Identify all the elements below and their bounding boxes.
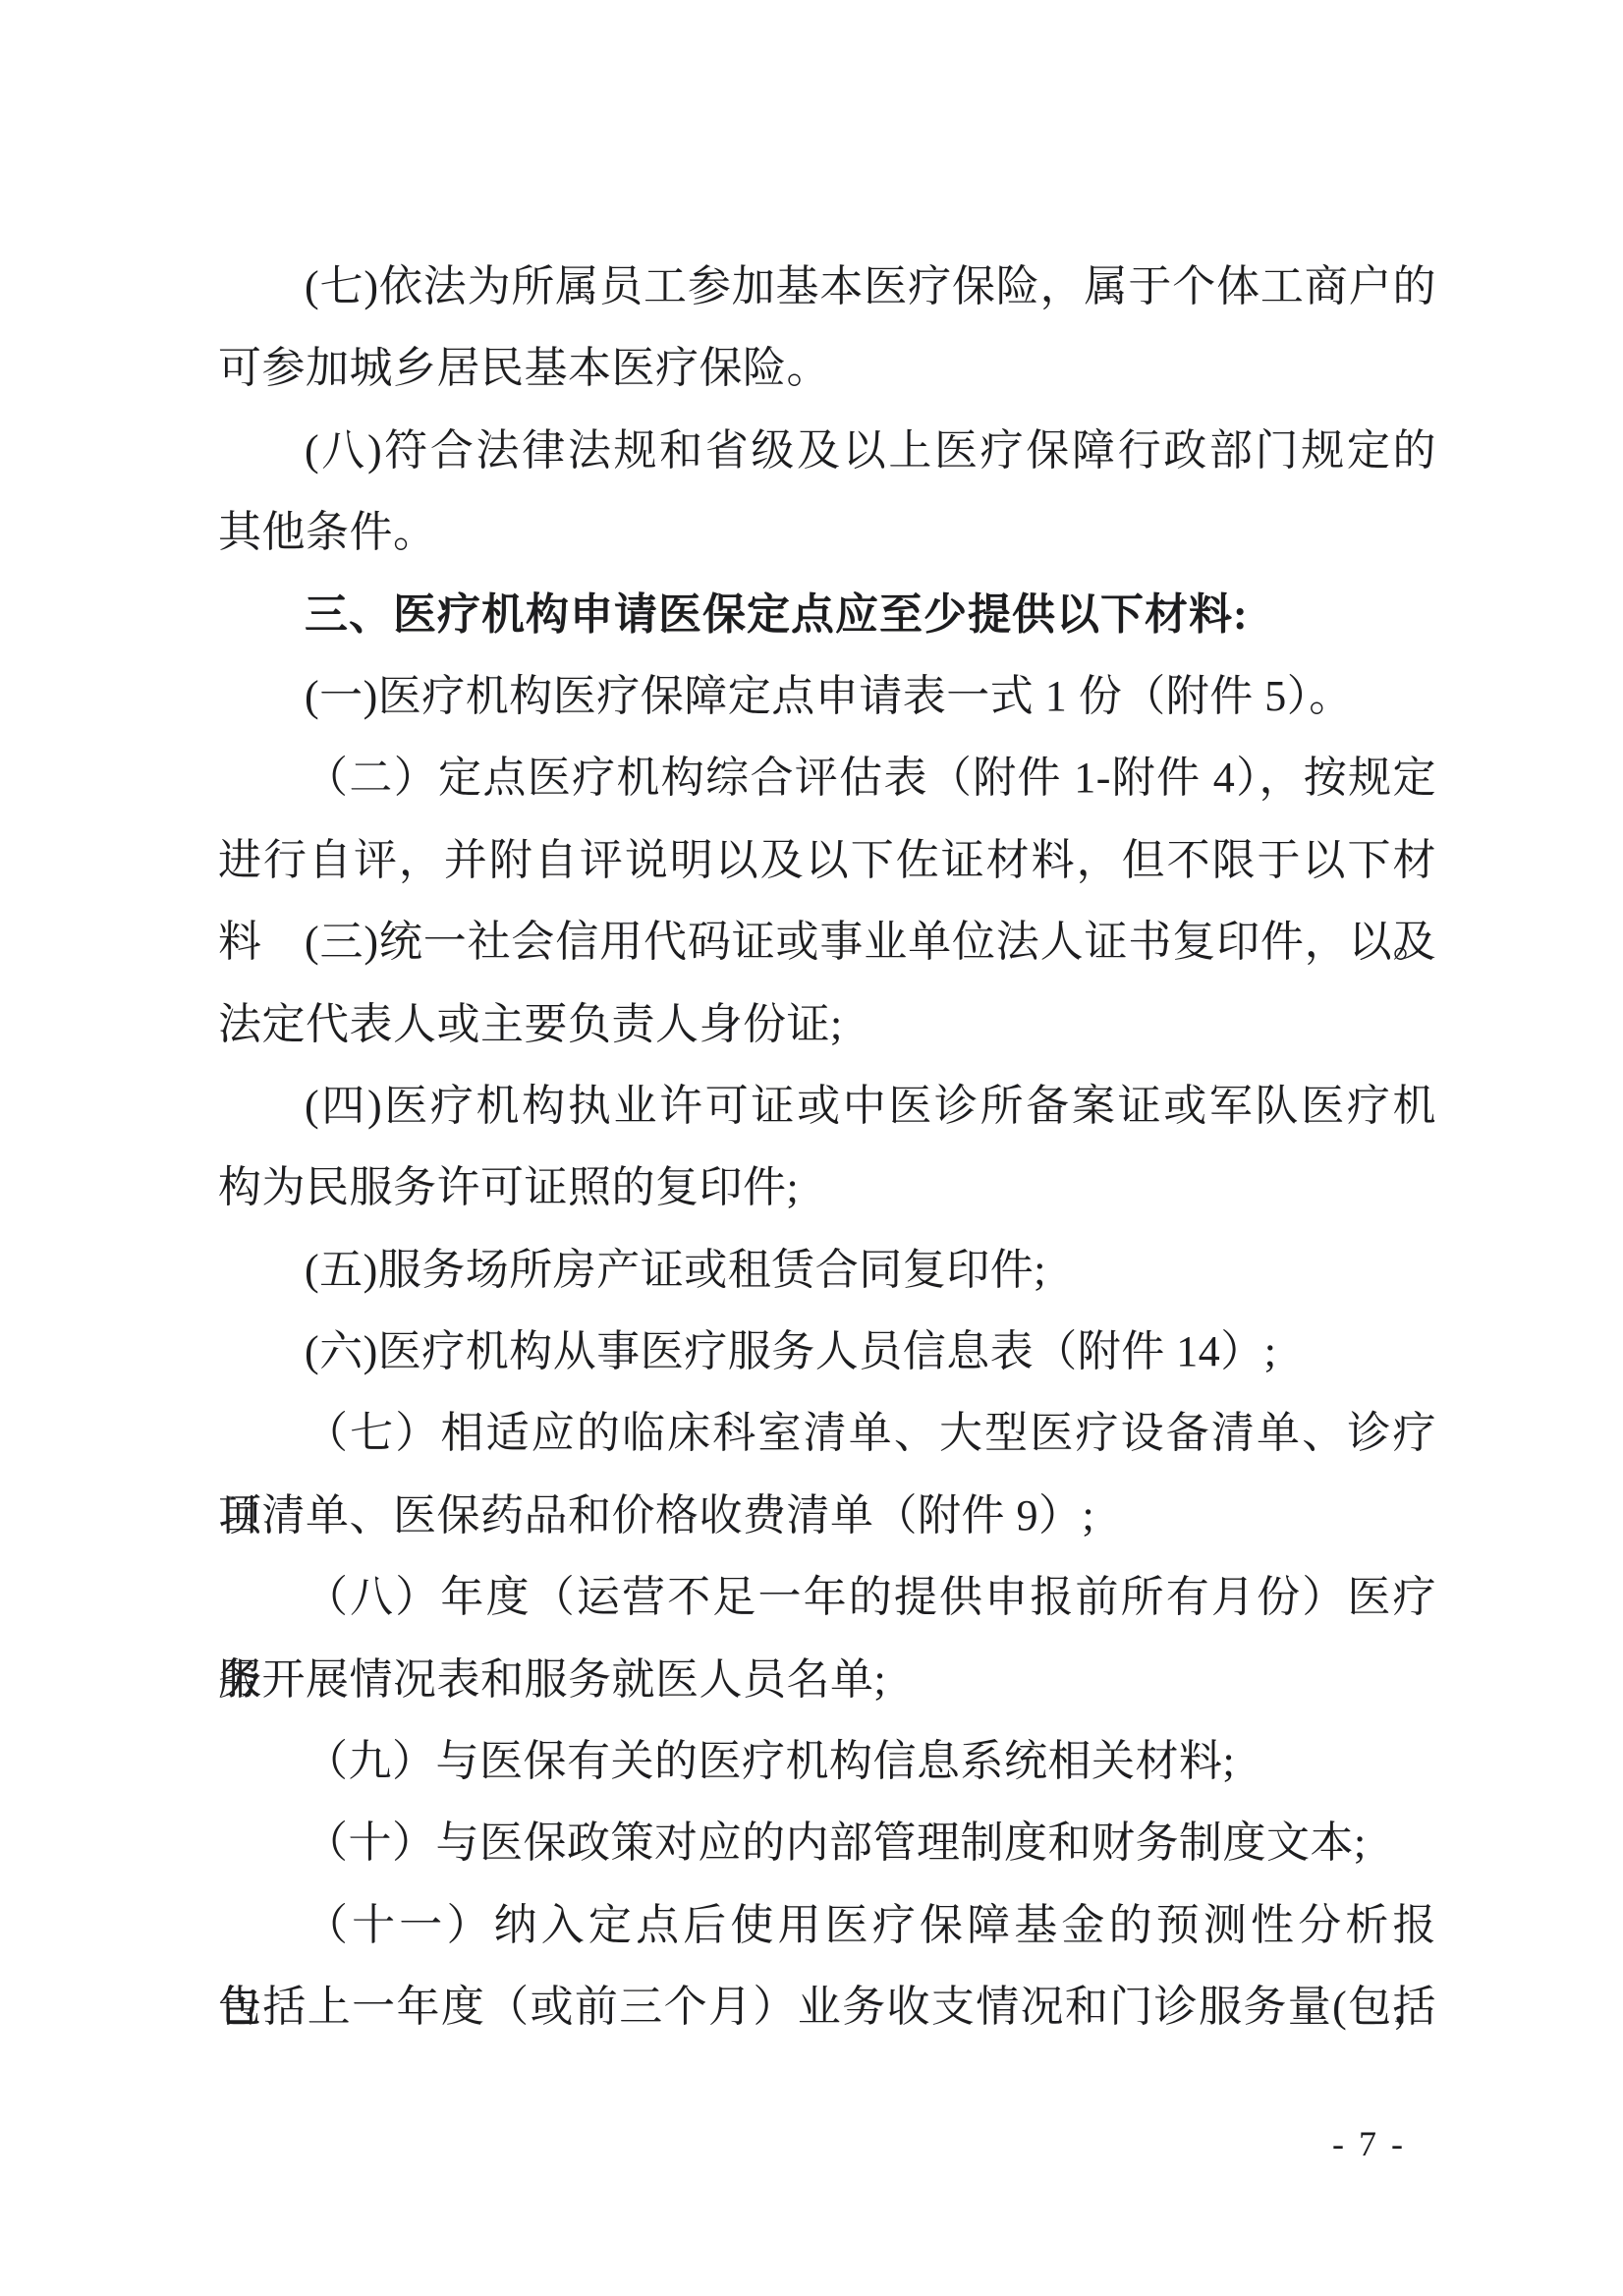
document-body: (七)依法为所属员工参加基本医疗保险，属于个体工商户的可参加城乡居民基本医疗保险… (218, 246, 1436, 2048)
text-line: 目清单、医保药品和价格收费清单（附件 9）; (218, 1475, 1436, 1556)
text-line: （九）与医保有关的医疗机构信息系统相关材料; (218, 1720, 1436, 1802)
text-line: 构为民服务许可证照的复印件; (218, 1147, 1436, 1228)
section-heading: 三、医疗机构申请医保定点应至少提供以下材料: (218, 574, 1436, 655)
text-line: (八)符合法律法规和省级及以上医疗保障行政部门规定的 (218, 410, 1436, 491)
text-line: 法定代表人或主要负责人身份证; (218, 983, 1436, 1065)
text-line: 可参加城乡居民基本医疗保险。 (218, 327, 1436, 409)
text-line: 其他条件。 (218, 491, 1436, 573)
page-number: - 7 - (1332, 2122, 1406, 2165)
text-line: (三)统一社会信用代码证或事业单位法人证书复印件，以及 (218, 901, 1436, 982)
text-line: (七)依法为所属员工参加基本医疗保险，属于个体工商户的 (218, 246, 1436, 327)
text-line: （十一）纳入定点后使用医疗保障基金的预测性分析报告， (218, 1884, 1436, 1966)
text-line: （十）与医保政策对应的内部管理制度和财务制度文本; (218, 1802, 1436, 1883)
text-line: 包括上一年度（或前三个月）业务收支情况和门诊服务量(包括 (218, 1966, 1436, 2047)
text-line: (六)医疗机构从事医疗服务人员信息表（附件 14）; (218, 1311, 1436, 1392)
text-line: （二）定点医疗机构综合评估表（附件 1-附件 4），按规定 (218, 737, 1436, 818)
text-line: （七）相适应的临床科室清单、大型医疗设备清单、诊疗项 (218, 1392, 1436, 1474)
text-line: (一)医疗机构医疗保障定点申请表一式 1 份（附件 5）。 (218, 655, 1436, 737)
text-line: 务开展情况表和服务就医人员名单; (218, 1639, 1436, 1720)
text-line: 进行自评，并附自评说明以及以下佐证材料，但不限于以下材料。 (218, 819, 1436, 901)
document-page: (七)依法为所属员工参加基本医疗保险，属于个体工商户的可参加城乡居民基本医疗保险… (0, 0, 1623, 2296)
text-line: （八）年度（运营不足一年的提供申报前所有月份）医疗服 (218, 1556, 1436, 1638)
text-line: (五)服务场所房产证或租赁合同复印件; (218, 1229, 1436, 1311)
text-line: (四)医疗机构执业许可证或中医诊所备案证或军队医疗机 (218, 1065, 1436, 1147)
